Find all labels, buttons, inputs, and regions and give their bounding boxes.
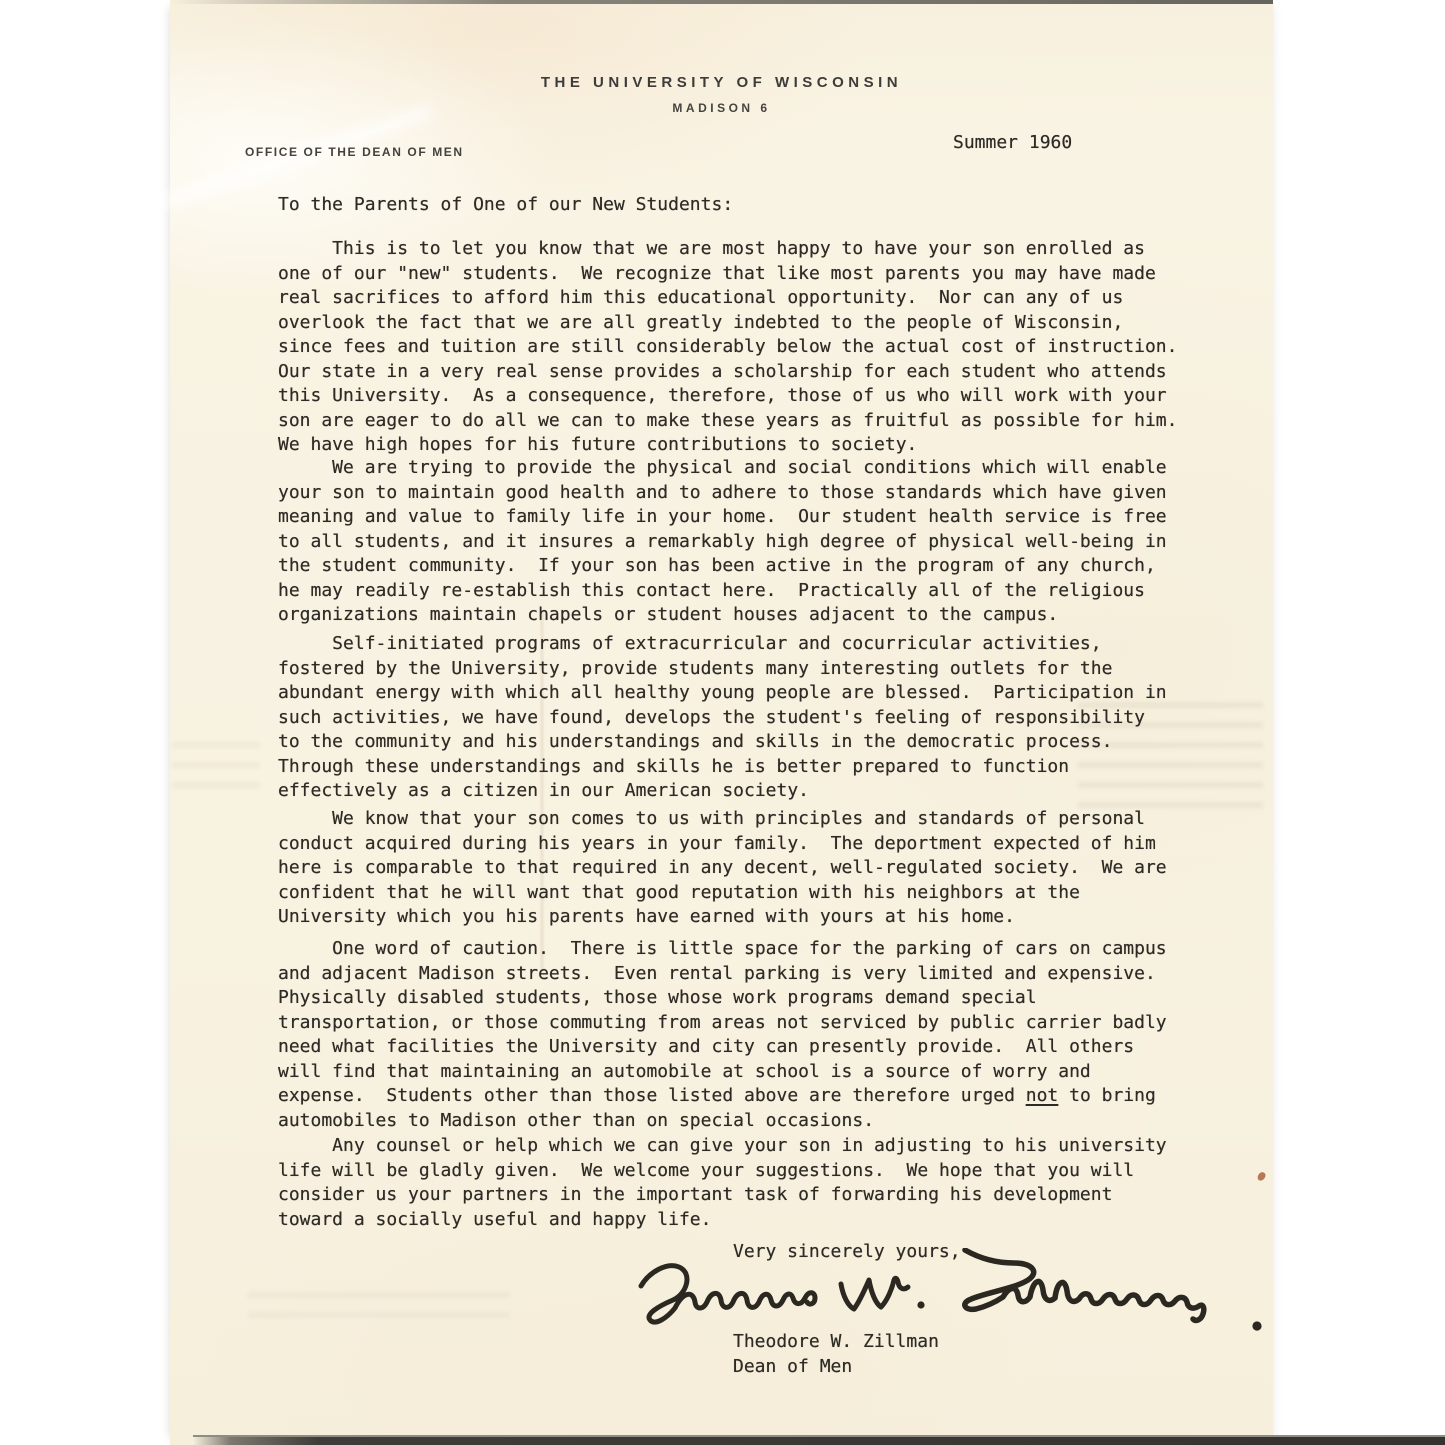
signature-typed-name: Theodore W. Zillman — [733, 1330, 939, 1355]
paragraph-5: One word of caution. There is little spa… — [278, 937, 1167, 1133]
letter-date: Summer 1960 — [953, 131, 1072, 156]
letterhead-city: MADISON 6 — [170, 101, 1273, 115]
paper-top-edge — [170, 0, 1273, 4]
paragraph-4: We know that your son comes to us with p… — [278, 807, 1167, 930]
bleed-through-smudge — [248, 1278, 510, 1330]
paragraph-2: We are trying to provide the physical an… — [278, 456, 1167, 628]
signature-final-period — [1252, 1321, 1261, 1330]
letterhead-university: THE UNIVERSITY OF WISCONSIN — [170, 74, 1273, 91]
letter-paper: THE UNIVERSITY OF WISCONSIN MADISON 6 OF… — [170, 0, 1273, 1445]
paragraph-1: This is to let you know that we are most… — [278, 237, 1177, 458]
paragraph-5-text: One word of caution. There is little spa… — [278, 938, 1167, 1106]
signature-initial-period — [917, 1301, 924, 1308]
scanned-letter-page: THE UNIVERSITY OF WISCONSIN MADISON 6 OF… — [0, 0, 1445, 1445]
signature-stroke-first-name — [641, 1266, 815, 1322]
signature-stroke-middle-initial — [841, 1278, 908, 1309]
signature-stroke-last-name — [965, 1250, 1204, 1320]
bleed-through-smudge — [172, 728, 260, 790]
paragraph-6: Any counsel or help which we can give yo… — [278, 1134, 1167, 1232]
paragraph-3: Self-initiated programs of extracurricul… — [278, 632, 1167, 804]
underlined-not: not — [1026, 1085, 1059, 1106]
salutation: To the Parents of One of our New Student… — [278, 193, 733, 218]
office-of-dean-label: OFFICE OF THE DEAN OF MEN — [245, 145, 464, 159]
paper-speck — [1256, 1171, 1266, 1182]
scan-bottom-edge-shadow — [193, 1435, 1445, 1445]
signature-typed-title: Dean of Men — [733, 1355, 852, 1380]
